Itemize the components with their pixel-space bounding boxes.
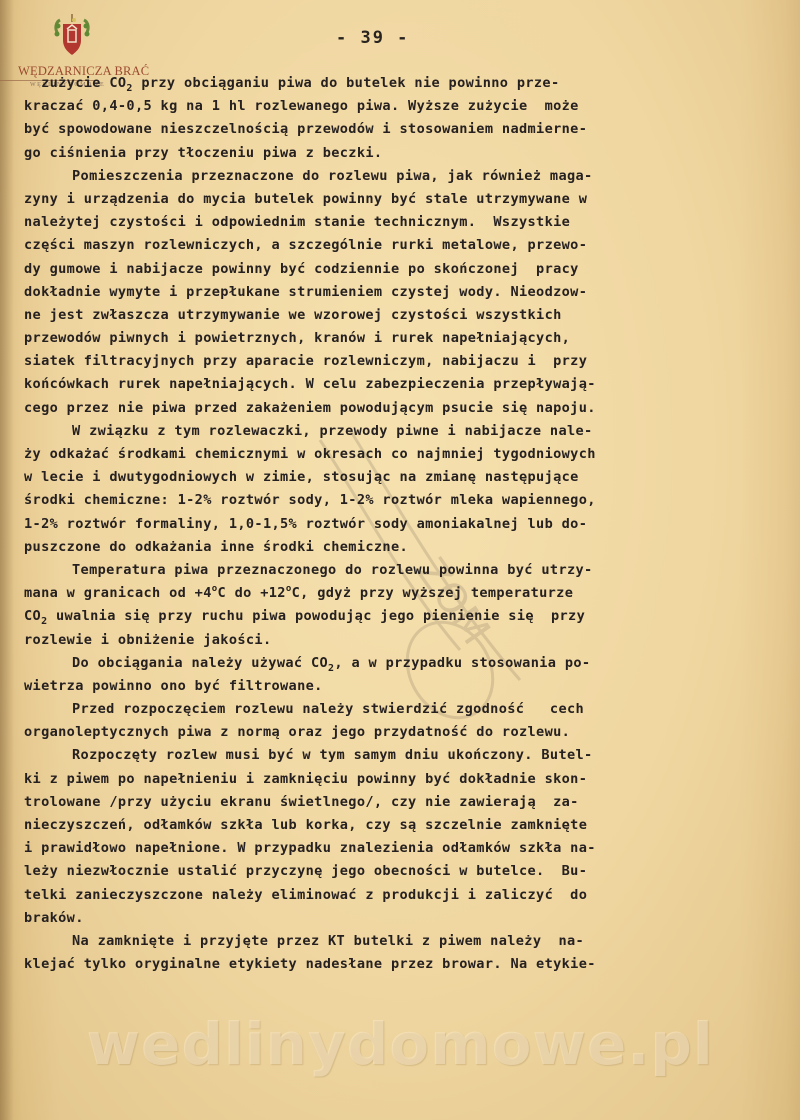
text-line: CO2 uwalnia się przy ruchu piwa powodują… [24,605,724,628]
text-line: zużycie CO2 przy obciąganiu piwa do bute… [24,72,724,95]
text-line: puszczone do odkażania inne środki chemi… [24,536,724,559]
text-line: i prawidłowo napełnione. W przypadku zna… [24,837,724,860]
text-line: być spowodowane nieszczelnością przewodó… [24,118,724,141]
text-line: organoleptycznych piwa z normą oraz jego… [24,721,724,744]
text-line: należytej czystości i odpowiednim stanie… [24,211,724,234]
page-number: - 39 - [336,28,409,48]
text-line: w lecie i dwutygodniowych w zimie, stosu… [24,466,724,489]
text-line: mana w granicach od +4oC do +12oC, gdyż … [24,582,724,605]
site-watermark: wedlinydomowe.pl [80,1010,720,1078]
text-line: Do obciągania należy używać CO2, a w prz… [24,652,724,675]
coat-of-arms-logo-icon [52,12,92,60]
text-line: Przed rozpoczęciem rozlewu należy stwier… [24,698,724,721]
text-line: Temperatura piwa przeznaczonego do rozle… [24,559,724,582]
text-line: Rozpoczęty rozlew musi być w tym samym d… [24,744,724,767]
text-line: siatek filtracyjnych przy aparacie rozle… [24,350,724,373]
text-line: przewodów piwnych i powietrznych, kranów… [24,327,724,350]
text-line: końcówkach rurek napełniających. W celu … [24,373,724,396]
text-line: leży niezwłocznie ustalić przyczynę jego… [24,860,724,883]
text-line: środki chemiczne: 1-2% roztwór sody, 1-2… [24,489,724,512]
text-line: dy gumowe i nabijacze powinny być codzie… [24,258,724,281]
text-line: go ciśnienia przy tłoczeniu piwa z beczk… [24,142,724,165]
text-line: braków. [24,907,724,930]
text-line: klejać tylko oryginalne etykiety nadesła… [24,953,724,976]
text-line: W związku z tym rozlewaczki, przewody pi… [24,420,724,443]
text-line: wietrza powinno ono być filtrowane. [24,675,724,698]
text-line: telki zanieczyszczone należy eliminować … [24,884,724,907]
text-line: trolowane /przy użyciu ekranu świetlnego… [24,791,724,814]
text-line: ki z piwem po napełnieniu i zamknięciu p… [24,768,724,791]
text-line: nieczyszczeń, odłamków szkła lub korka, … [24,814,724,837]
document-body: zużycie CO2 przy obciąganiu piwa do bute… [24,72,724,976]
text-line: zyny i urządzenia do mycia butelek powin… [24,188,724,211]
text-line: Pomieszczenia przeznaczone do rozlewu pi… [24,165,724,188]
text-line: ży odkażać środkami chemicznymi w okresa… [24,443,724,466]
text-line: części maszyn rozlewniczych, a szczególn… [24,234,724,257]
text-line: kraczać 0,4-0,5 kg na 1 hl rozlewanego p… [24,95,724,118]
text-line: rozlewie i obniżenie jakości. [24,629,724,652]
text-line: Na zamknięte i przyjęte przez KT butelki… [24,930,724,953]
text-line: dokładnie wymyte i przepłukane strumieni… [24,281,724,304]
text-line: ne jest zwłaszcza utrzymywanie we wzorow… [24,304,724,327]
text-line: cego przez nie piwa przed zakażeniem pow… [24,397,724,420]
page-edge-shadow [0,0,14,1120]
text-line: 1-2% roztwór formaliny, 1,0-1,5% roztwór… [24,513,724,536]
